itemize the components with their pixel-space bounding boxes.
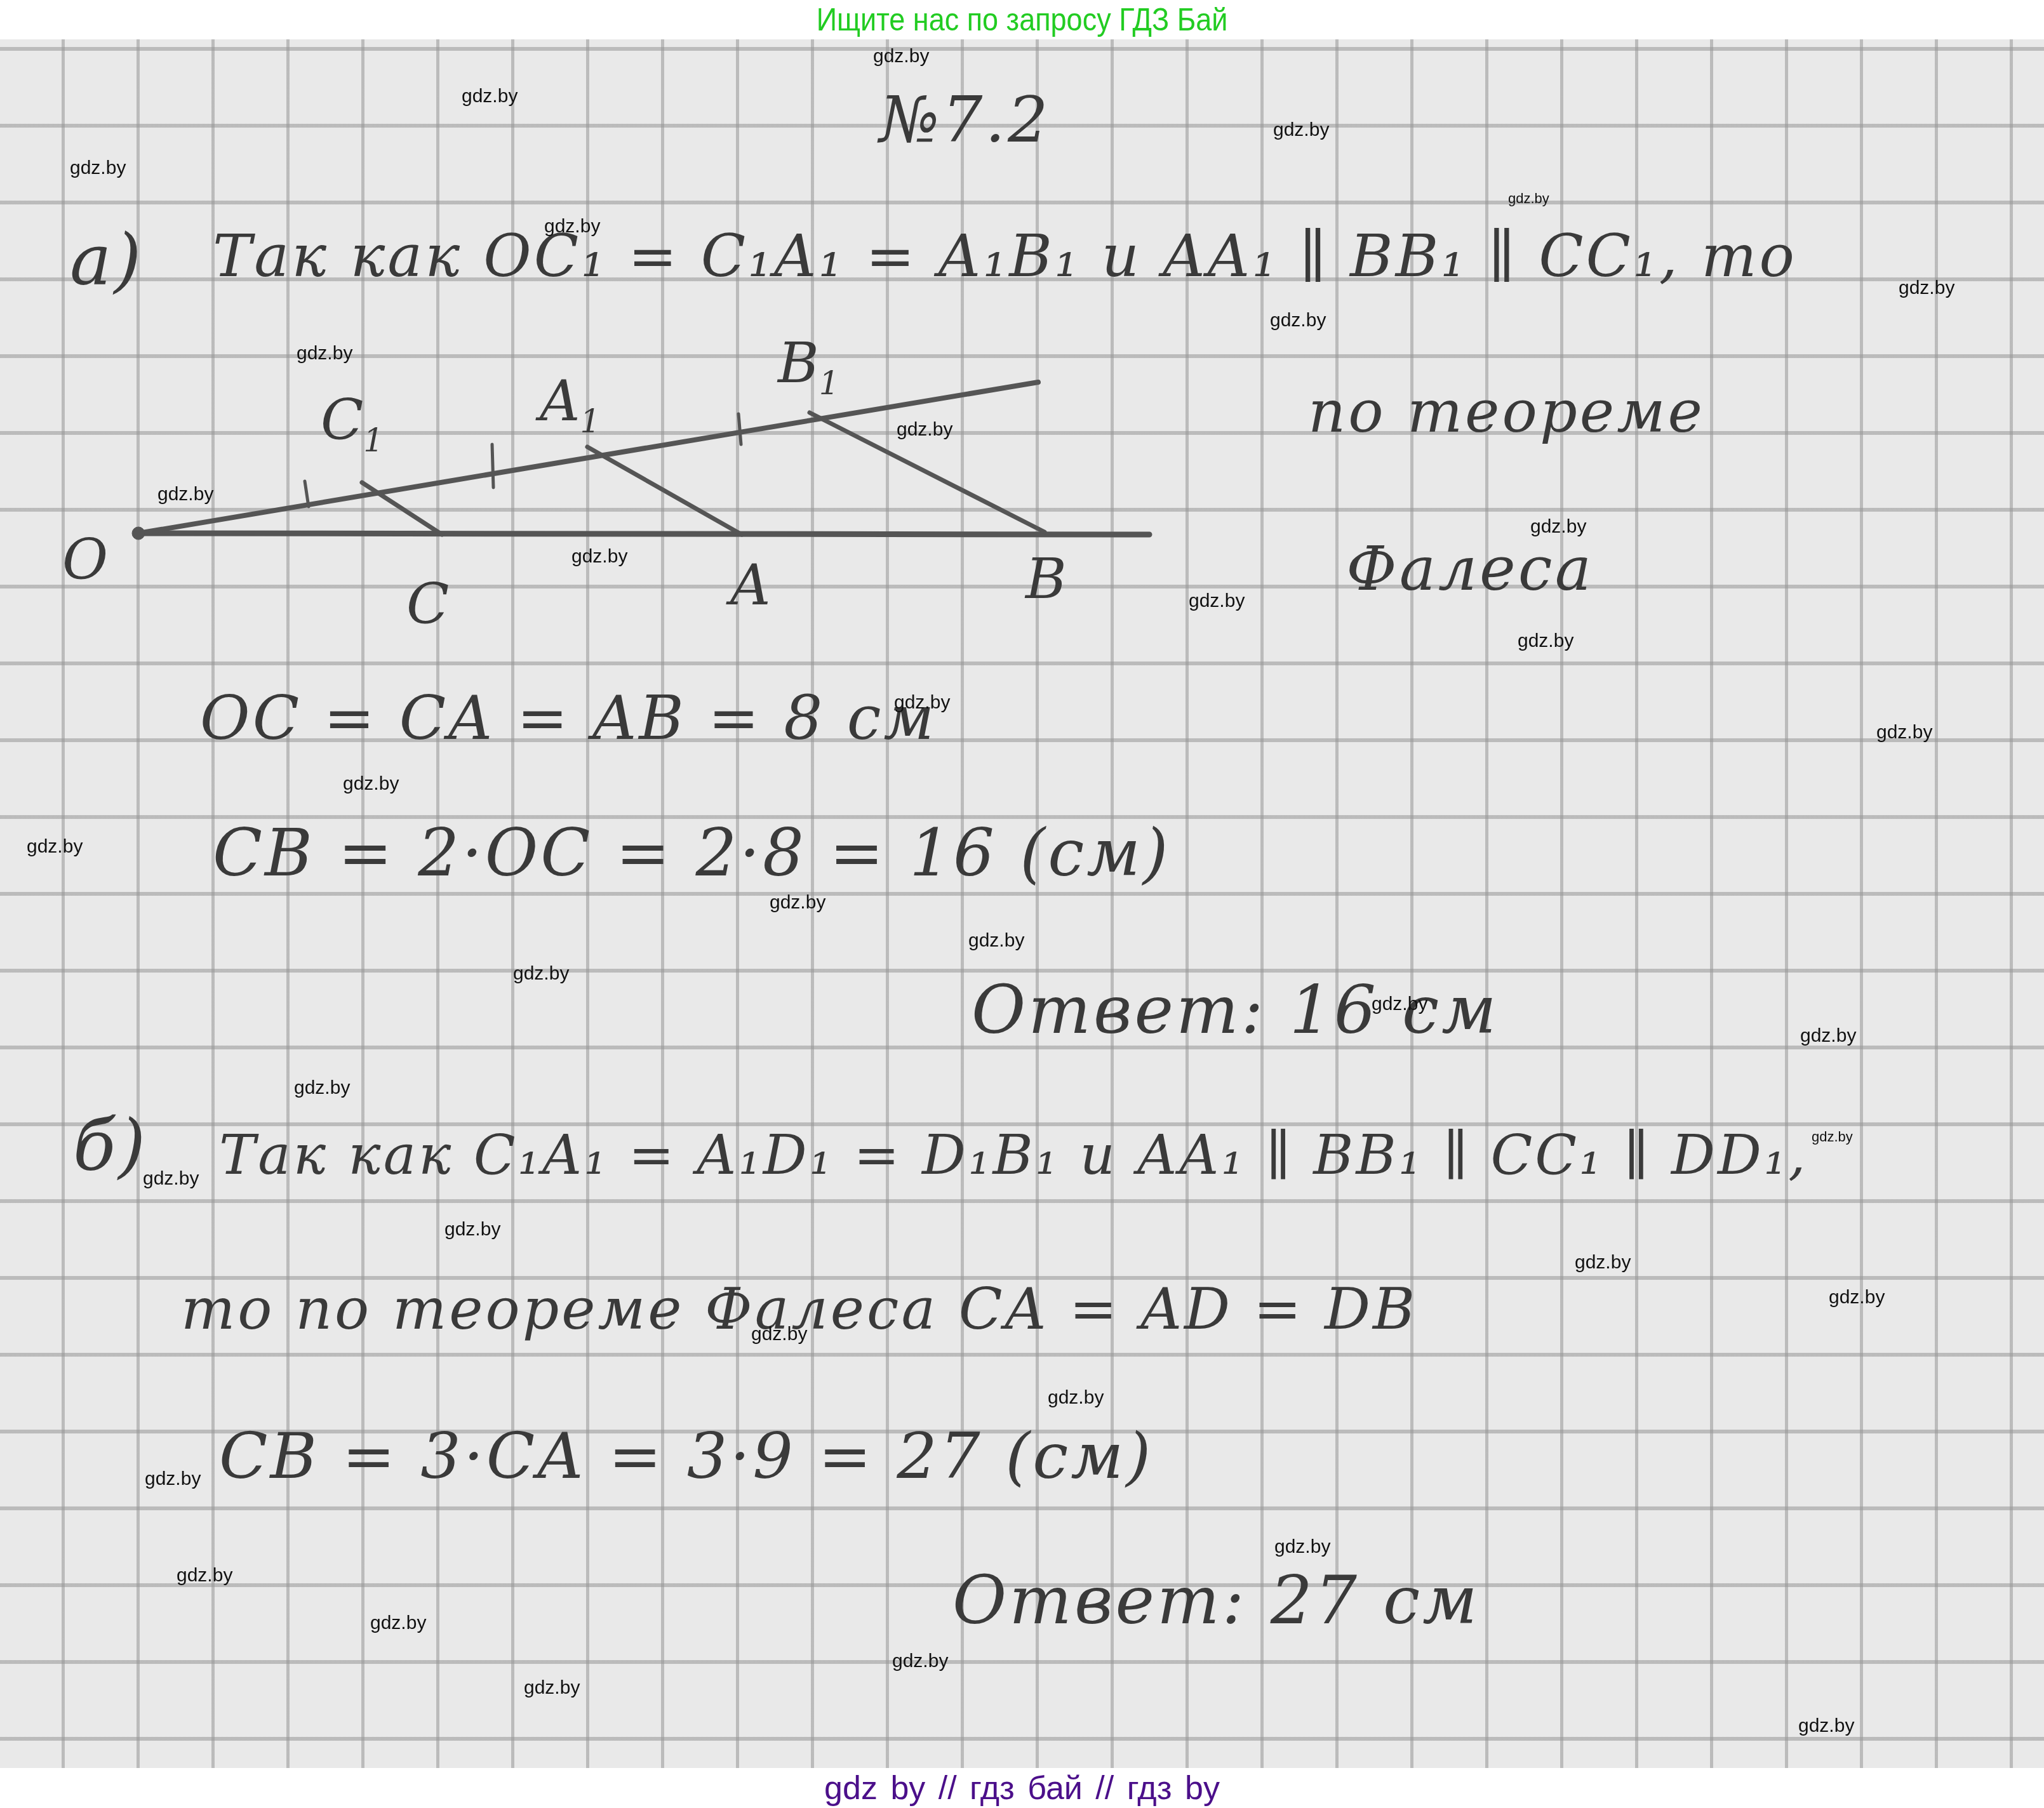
watermark: gdz.by [751,1324,807,1345]
watermark: gdz.by [571,546,627,568]
label-point-c1: C1 [321,387,384,459]
watermark: gdz.by [370,1612,426,1634]
watermark: gdz.by [1270,310,1326,331]
watermark: gdz.by [462,86,518,107]
notebook-page [0,39,2044,1768]
watermark: gdz.by [1876,722,1932,743]
part-b-eq1: CB = 3·CA = 3·9 = 27 (см) [219,1419,1153,1493]
part-a-line1: Так как OC₁ = C₁A₁ = A₁B₁ и AA₁ ∥ BB₁ ∥ … [213,222,1797,290]
part-a-line3: Фалеса [1346,533,1594,604]
watermark: gdz.by [157,484,213,505]
watermark: gdz.by [1372,994,1427,1015]
label-a1-sub: 1 [580,403,601,440]
watermark: gdz.by [892,1651,948,1672]
watermark: gdz.by [1800,1025,1856,1047]
watermark: gdz.by [1798,1715,1854,1737]
watermark: gdz.by [444,1219,500,1240]
label-b1-text: B [778,330,819,395]
watermark: gdz.by [297,343,352,364]
watermark: gdz.by [1508,190,1549,207]
label-point-b1: B1 [778,330,839,402]
watermark: gdz.by [145,1468,201,1490]
watermark: gdz.by [143,1168,199,1190]
watermark: gdz.by [1829,1287,1885,1308]
part-a-eq1: OC = CA = AB = 8 см [200,682,937,754]
label-a1-text: A [540,368,580,434]
part-a-eq2: CB = 2·OC = 2·8 = 16 (см) [213,816,1171,891]
watermark: gdz.by [1575,1252,1631,1273]
watermark: gdz.by [894,692,950,714]
watermark: gdz.by [897,419,952,441]
watermark: gdz.by [1812,1129,1853,1145]
watermark: gdz.by [1048,1387,1104,1409]
label-c1-text: C [321,387,363,453]
label-point-c: C [406,571,449,637]
watermark: gdz.by [1530,516,1586,538]
top-banner: Ищите нас по запросу ГДЗ Бай [102,0,1942,39]
part-a-line2: по теореме [1308,378,1705,446]
watermark: gdz.by [968,930,1024,952]
watermark: gdz.by [873,46,929,67]
watermark: gdz.by [544,216,600,237]
watermark: gdz.by [1274,1536,1330,1558]
label-point-a1: A1 [540,368,600,440]
watermark: gdz.by [513,963,569,985]
watermark: gdz.by [1189,590,1245,612]
part-b-label: б) [73,1105,148,1186]
watermark: gdz.by [1518,630,1573,652]
part-b-line1: Так как C₁A₁ = A₁D₁ = D₁B₁ и AA₁ ∥ BB₁ ∥… [219,1124,1808,1187]
label-point-b: B [1025,546,1067,611]
label-c1-sub: 1 [363,422,384,459]
problem-number: №7.2 [879,83,1051,157]
watermark: gdz.by [294,1077,350,1099]
watermark: gdz.by [1273,119,1329,141]
bottom-banner: gdz by // гдз бай // гдз by [0,1768,2044,1808]
watermark: gdz.by [177,1565,232,1586]
watermark: gdz.by [524,1677,580,1699]
part-a-label: а) [70,219,144,300]
watermark: gdz.by [343,773,399,795]
watermark: gdz.by [27,836,83,858]
label-point-o: O [62,527,108,592]
watermark: gdz.by [1899,277,1954,299]
watermark: gdz.by [70,157,126,179]
label-point-a: A [730,552,771,618]
part-b-answer: Ответ: 27 см [952,1562,1480,1639]
watermark: gdz.by [770,892,825,914]
label-b1-sub: 1 [819,365,839,402]
